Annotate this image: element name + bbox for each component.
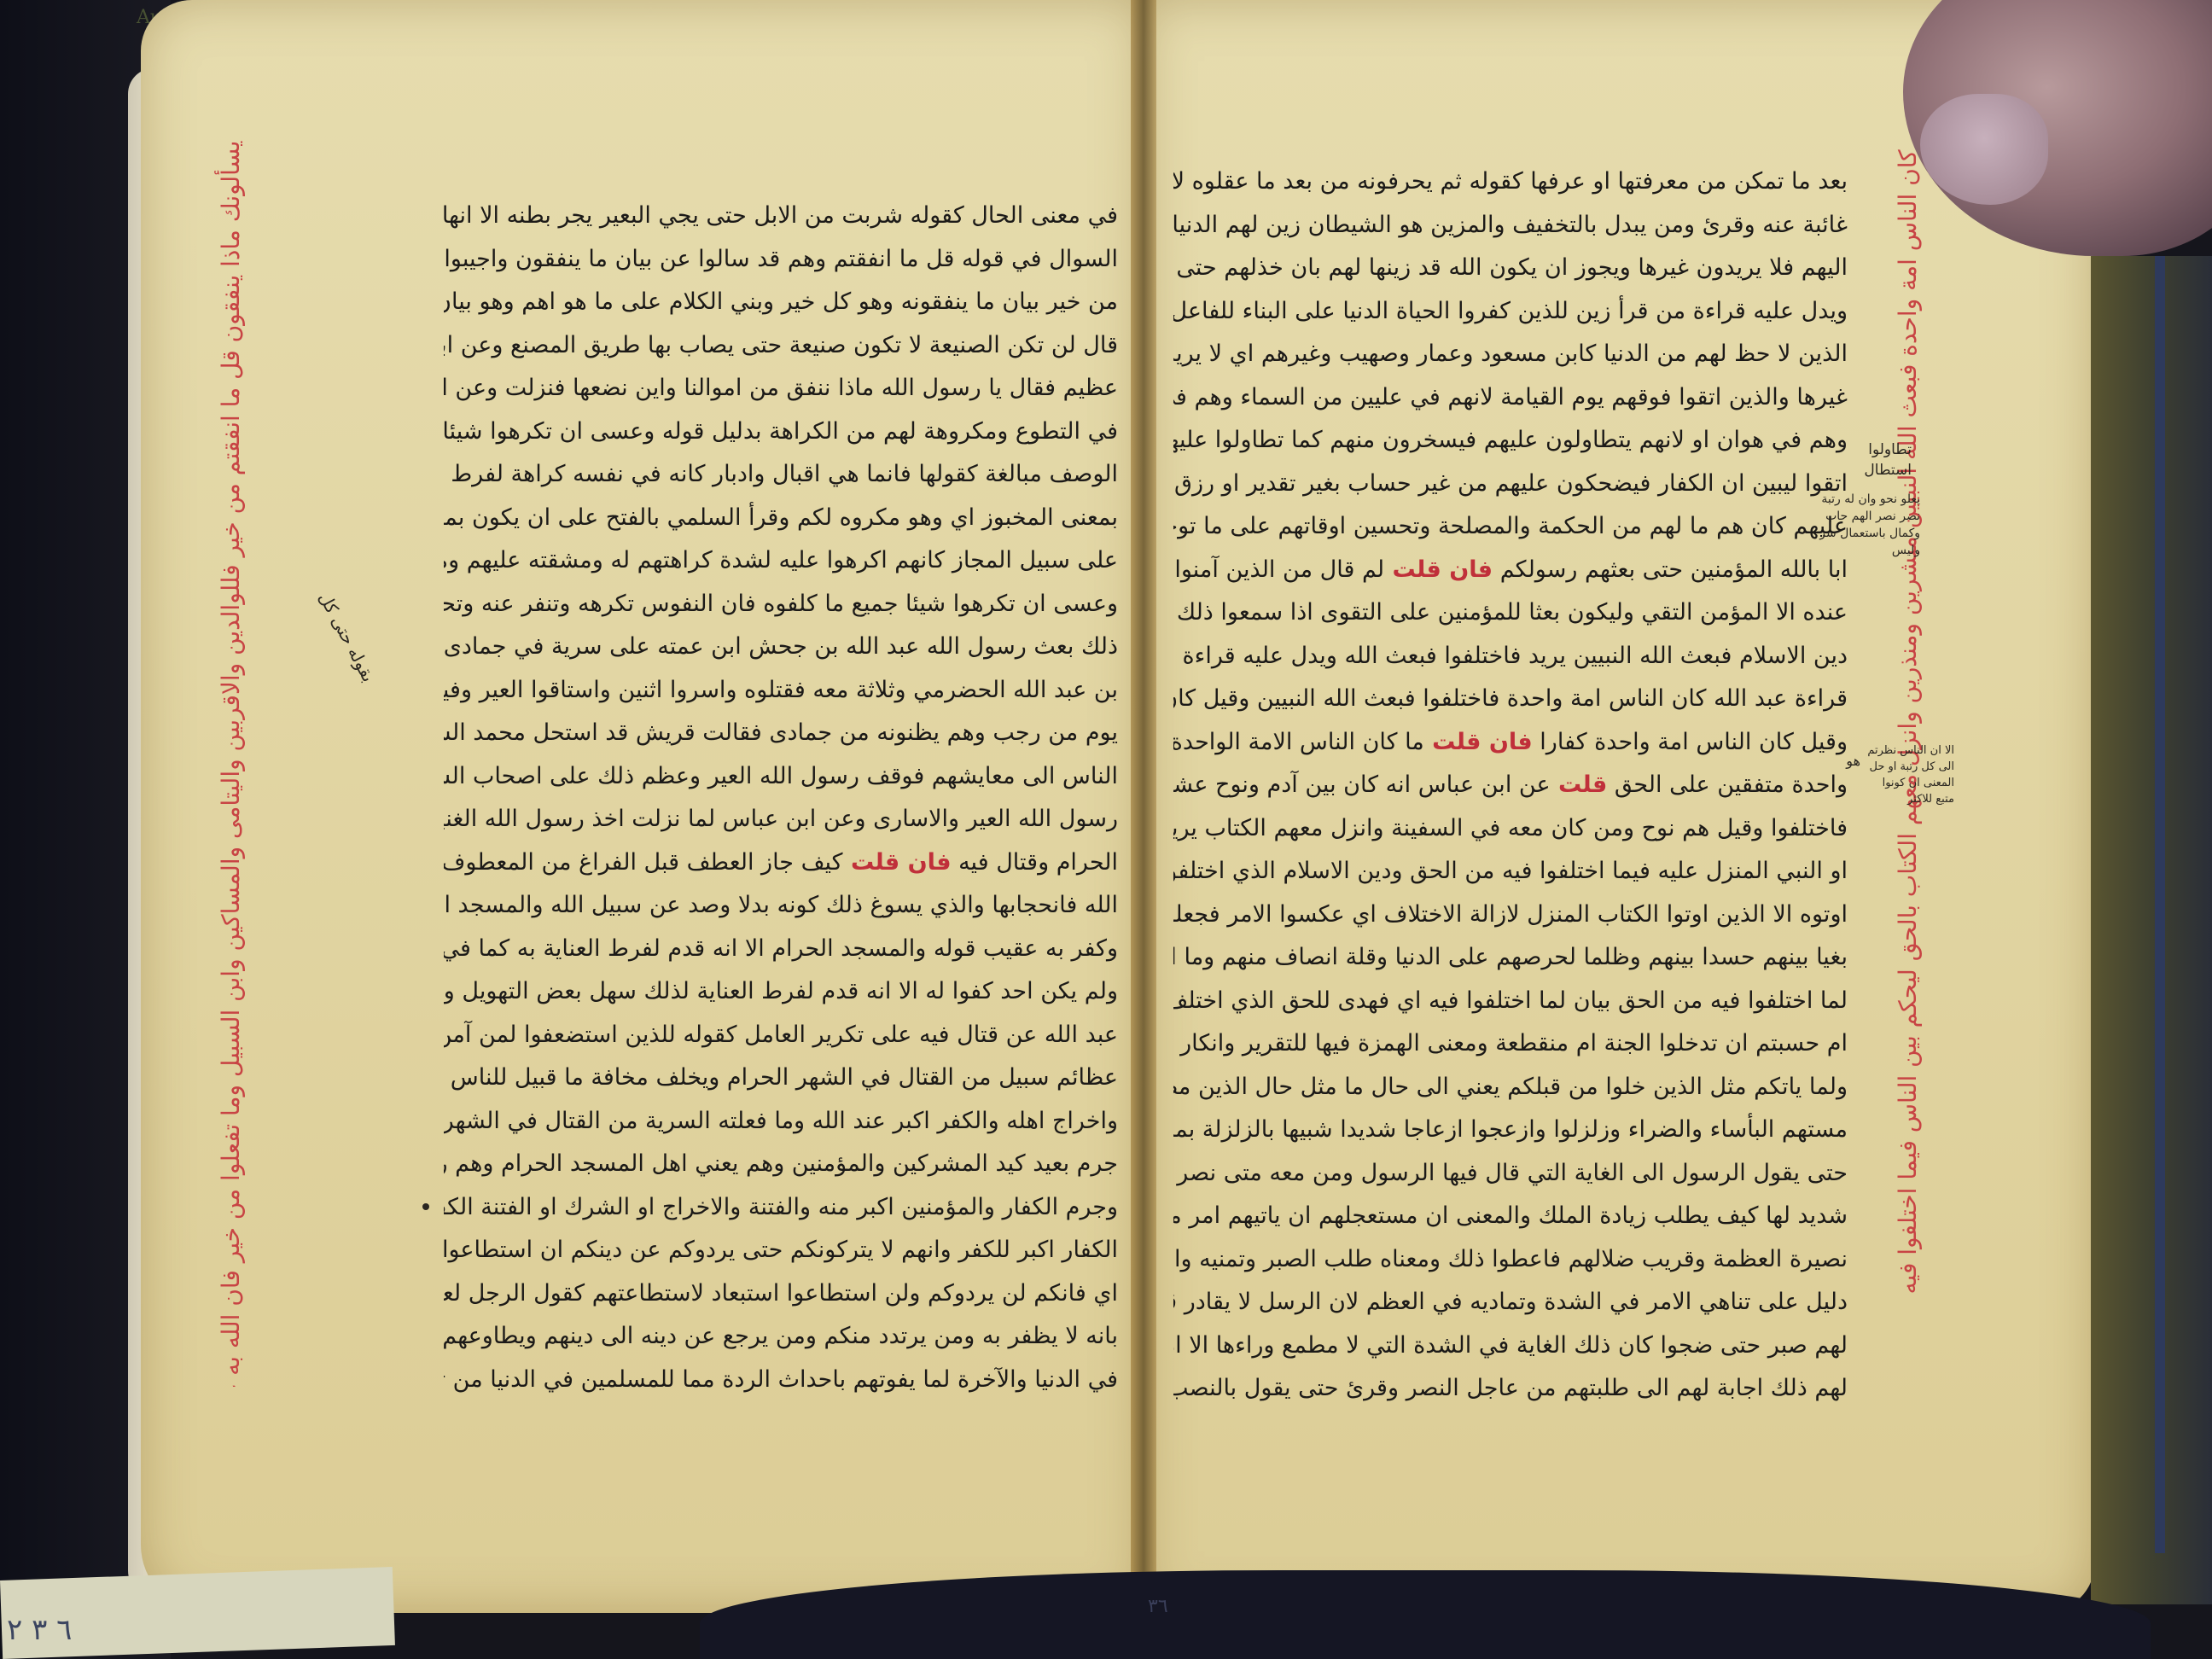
catalog-card-handwriting: ٦ ٣ ٢ xyxy=(7,1613,72,1647)
line-text: الله فانحجابها والذي يسوغ ذلك كونه بدلا … xyxy=(444,892,1118,918)
folio-number: ٣٦ xyxy=(1148,1596,1168,1617)
manuscript-line: اليهم فلا يريدون غيرها ويجوز ان يكون الل… xyxy=(1173,247,1848,290)
manuscript-line: بانه لا يظفر به ومن يرتدد منكم ومن يرجع … xyxy=(444,1315,1118,1359)
line-text: اي فانكم لن يردوكم ولن استطاعوا استبعاد … xyxy=(444,1280,1118,1307)
line-text: عن ابن عباس انه كان بين آدم ونوح عشرة قر… xyxy=(1173,771,1551,798)
line-text: بمعنى المخبوز اي وهو مكروه لكم وقرأ السل… xyxy=(444,504,1118,531)
line-text: لهم صبر حتى ضجوا كان ذلك الغاية في الشدة… xyxy=(1173,1332,1848,1359)
line-text: فاختلفوا وقيل هم نوح ومن كان معه في السف… xyxy=(1173,815,1848,841)
manuscript-line: دليل على تناهي الامر في الشدة وتماديه في… xyxy=(1173,1281,1848,1324)
book-gutter xyxy=(1131,0,1156,1613)
manuscript-line: من خير بيان ما ينفقونه وهو كل خير وبني ا… xyxy=(444,281,1118,324)
manuscript-line: عظيم فقال يا رسول الله ماذا ننفق من اموا… xyxy=(444,367,1118,410)
line-text: لما اختلفوا فيه من الحق بيان لما اختلفوا… xyxy=(1173,987,1848,1014)
right-margin-note-4: الا ان الناس نظرتم الى كل رتبة او حل الم… xyxy=(1860,742,1954,807)
rubric-heading: فان قلت xyxy=(1384,556,1493,583)
left-page-main-text: في معنى الحال كقوله شربت من الابل حتى يج… xyxy=(444,195,1118,1458)
manuscript-line: الكفار اكبر للكفر وانهم لا يتركونكم حتى … xyxy=(444,1229,1118,1272)
manuscript-line: اتقوا ليبين ان الكفار فيضحكون عليهم من غ… xyxy=(1173,463,1848,506)
manuscript-line: حتى يقول الرسول الى الغاية التي قال فيها… xyxy=(1173,1152,1848,1196)
rubric-heading: قلت xyxy=(1551,771,1608,798)
manuscript-line: عليهم كان هم ما لهم من الحكمة والمصلحة و… xyxy=(1173,505,1848,549)
line-text: عنده الا المؤمن التقي وليكون بعثا للمؤمن… xyxy=(1173,599,1848,626)
manuscript-line: في معنى الحال كقوله شربت من الابل حتى يج… xyxy=(444,195,1118,238)
line-text: ام حسبتم ان تدخلوا الجنة ام منقطعة ومعنى… xyxy=(1173,1030,1848,1057)
manuscript-line: ذلك بعث رسول الله عبد الله بن جحش ابن عم… xyxy=(444,626,1118,669)
line-text: وجرم الكفار والمؤمنين اكبر منه والفتنة و… xyxy=(444,1194,1118,1220)
manuscript-line: يوم من رجب وهم يظنونه من جمادى فقالت قري… xyxy=(444,712,1118,755)
line-text: ابا بالله المؤمنين حتى بعثهم رسولكم xyxy=(1493,556,1848,583)
manuscript-line: وجرم الكفار والمؤمنين اكبر منه والفتنة و… xyxy=(444,1186,1118,1230)
manuscript-line: وكفر به عقيب قوله والمسجد الحرام الا انه… xyxy=(444,928,1118,971)
manuscript-line: وقيل كان الناس امة واحدة كفارا فان قلت م… xyxy=(1173,721,1848,765)
manuscript-line: اي فانكم لن يردوكم ولن استطاعوا استبعاد … xyxy=(444,1272,1118,1316)
line-text: غائبة عنه وقرئ ومن يبدل بالتخفيف والمزين… xyxy=(1173,212,1848,238)
manuscript-line: شديد لها كيف يطلب زيادة الملك والمعنى ان… xyxy=(1173,1195,1848,1238)
manuscript-line: لهم ذلك اجابة لهم الى طلبتهم من عاجل الن… xyxy=(1173,1367,1848,1411)
right-margin-note-1: تطاولوا استطال xyxy=(1835,439,1912,480)
line-text: لهم ذلك اجابة لهم الى طلبتهم من عاجل الن… xyxy=(1173,1375,1848,1401)
right-margin-note-2: يعلو نحو وان له رتبة نصر نصر الهم حاب وك… xyxy=(1818,491,1920,559)
line-text: اوتوه الا الذين اوتوا الكتاب المنزل لازا… xyxy=(1173,901,1848,928)
line-text: قال لن تكن الصنيعة لا تكون صنيعة حتى يصا… xyxy=(444,332,1118,358)
line-text: ذلك بعث رسول الله عبد الله بن جحش ابن عم… xyxy=(444,633,1118,660)
manuscript-line: او النبي المنزل عليه فيما اختلفوا فيه من… xyxy=(1173,850,1848,894)
manuscript-line: جرم بعيد كيد المشركين والمؤمنين وهم يعني… xyxy=(444,1143,1118,1186)
line-text: بغيا بينهم حسدا بينهم وظلما لحرصهم على ا… xyxy=(1173,944,1848,970)
line-text: الذين لا حظ لهم من الدنيا كابن مسعود وعم… xyxy=(1173,341,1848,367)
manuscript-line: بعد ما تمكن من معرفتها او عرفها كقوله ثم… xyxy=(1173,160,1848,204)
line-text: الكفار اكبر للكفر وانهم لا يتركونكم حتى … xyxy=(444,1237,1118,1263)
line-text: لم قال من الذين آمنوا ثم قال والذين اتقو… xyxy=(1173,556,1384,583)
line-text: اتقوا ليبين ان الكفار فيضحكون عليهم من غ… xyxy=(1173,470,1848,497)
manuscript-line: نصيرة العظمة وقريب ضلالهم فاعطوا ذلك ومع… xyxy=(1173,1238,1848,1282)
manuscript-line: ام حسبتم ان تدخلوا الجنة ام منقطعة ومعنى… xyxy=(1173,1022,1848,1066)
line-text: وكفر به عقيب قوله والمسجد الحرام الا انه… xyxy=(444,935,1118,962)
line-text: شديد لها كيف يطلب زيادة الملك والمعنى ان… xyxy=(1173,1202,1848,1229)
line-text: ويدل عليه قراءة من قرأ زين للذين كفروا ا… xyxy=(1173,298,1848,324)
manuscript-line: ويدل عليه قراءة من قرأ زين للذين كفروا ا… xyxy=(1173,290,1848,334)
manuscript-line: مستهم البأساء والضراء وزلزلوا وازعجوا از… xyxy=(1173,1109,1848,1152)
manuscript-line: بمعنى المخبوز اي وهو مكروه لكم وقرأ السل… xyxy=(444,497,1118,540)
manuscript-line: الحرام وقتال فيه فان قلت كيف جاز العطف ق… xyxy=(444,841,1118,885)
line-text: كيف جاز العطف قبل الفراغ من المعطوف عليه… xyxy=(444,849,843,876)
right-margin-red-commentary: كان الناس امة واحدة فبعث الله النبيين مب… xyxy=(1890,149,2099,1293)
manuscript-line: لما اختلفوا فيه من الحق بيان لما اختلفوا… xyxy=(1173,980,1848,1023)
left-margin-red-commentary: يسألونك ماذا ينفقون قل ما انفقتم من خير … xyxy=(213,141,337,1387)
line-text: الوصف مبالغة كقولها فانما هي اقبال وادبا… xyxy=(444,461,1118,487)
manuscript-line: بن عبد الله الحضرمي وثلاثة معه فقتلوه وا… xyxy=(444,669,1118,713)
line-text: عليهم كان هم ما لهم من الحكمة والمصلحة و… xyxy=(1173,513,1848,539)
manuscript-line: الوصف مبالغة كقولها فانما هي اقبال وادبا… xyxy=(444,453,1118,497)
ink-dot xyxy=(422,1203,429,1210)
manuscript-line: ولم يكن احد كفوا له الا انه قدم لفرط الع… xyxy=(444,970,1118,1014)
line-text: بانه لا يظفر به ومن يرتدد منكم ومن يرجع … xyxy=(444,1323,1118,1349)
manuscript-line: الله فانحجابها والذي يسوغ ذلك كونه بدلا … xyxy=(444,884,1118,928)
line-text: وقيل كان الناس امة واحدة كفارا xyxy=(1533,729,1848,755)
line-text: يوم من رجب وهم يظنونه من جمادى فقالت قري… xyxy=(444,719,1118,746)
manuscript-line: غائبة عنه وقرئ ومن يبدل بالتخفيف والمزين… xyxy=(1173,204,1848,247)
line-text: بعد ما تمكن من معرفتها او عرفها كقوله ثم… xyxy=(1173,168,1848,195)
line-text: حتى يقول الرسول الى الغاية التي قال فيها… xyxy=(1173,1160,1848,1186)
line-text: السوال في قوله قل ما انفقتم وهم قد سالوا… xyxy=(444,246,1118,272)
line-text: عظائم سبيل من القتال في الشهر الحرام ويخ… xyxy=(444,1064,1118,1091)
cover-edge-stripe xyxy=(2155,256,2165,1553)
manuscript-line: ابا بالله المؤمنين حتى بعثهم رسولكم فان … xyxy=(1173,549,1848,592)
line-text: في التطوع ومكروهة لهم من الكراهة بدليل ق… xyxy=(444,418,1118,445)
background-bottom xyxy=(700,1570,2151,1659)
line-text: وعسى ان تكرهوا شيئا جميع ما كلفوه فان ال… xyxy=(444,591,1118,617)
line-text: دين الاسلام فبعث الله النبيين يريد فاختل… xyxy=(1173,643,1848,669)
line-text: بن عبد الله الحضرمي وثلاثة معه فقتلوه وا… xyxy=(444,677,1118,703)
line-text: نصيرة العظمة وقريب ضلالهم فاعطوا ذلك ومع… xyxy=(1173,1246,1848,1272)
manuscript-line: وعسى ان تكرهوا شيئا جميع ما كلفوه فان ال… xyxy=(444,583,1118,626)
line-text: ولما ياتكم مثل الذين خلوا من قبلكم يعني … xyxy=(1173,1074,1848,1100)
manuscript-line: ولما ياتكم مثل الذين خلوا من قبلكم يعني … xyxy=(1173,1066,1848,1109)
manuscript-line: دين الاسلام فبعث الله النبيين يريد فاختل… xyxy=(1173,635,1848,678)
line-text: ما كان الناس الامة الواحدة متفقين xyxy=(1173,729,1424,755)
line-text: او النبي المنزل عليه فيما اختلفوا فيه من… xyxy=(1173,858,1848,884)
line-text: غيرها والذين اتقوا فوقهم يوم القيامة لان… xyxy=(1173,384,1848,410)
line-text: مستهم البأساء والضراء وزلزلوا وازعجوا از… xyxy=(1173,1116,1848,1143)
line-text: الحرام وقتال فيه xyxy=(952,849,1119,876)
line-text: جرم بعيد كيد المشركين والمؤمنين وهم يعني… xyxy=(444,1150,1118,1177)
manuscript-line: وهم في هوان او لانهم يتطاولون عليهم فيسخ… xyxy=(1173,419,1848,463)
manuscript-line: على سبيل المجاز كانهم اكرهوا عليه لشدة ك… xyxy=(444,539,1118,583)
rubric-heading: فان قلت xyxy=(1424,729,1533,755)
line-text: من خير بيان ما ينفقونه وهو كل خير وبني ا… xyxy=(444,288,1118,315)
line-text: عبد الله عن قتال فيه على تكرير العامل كق… xyxy=(444,1022,1118,1048)
line-text: في الدنيا والآخرة لما يفوتهم باحداث الرد… xyxy=(444,1366,1118,1393)
right-margin-note-3: هو xyxy=(1818,751,1860,771)
manuscript-line: الناس الى معايشهم فوقف رسول الله العير و… xyxy=(444,755,1118,799)
manuscript-line: لهم صبر حتى ضجوا كان ذلك الغاية في الشدة… xyxy=(1173,1324,1848,1368)
manuscript-line: اوتوه الا الذين اوتوا الكتاب المنزل لازا… xyxy=(1173,894,1848,937)
line-text: واحدة متفقين على الحق xyxy=(1607,771,1848,798)
manuscript-line: في الدنيا والآخرة لما يفوتهم باحداث الرد… xyxy=(444,1359,1118,1402)
line-text: وهم في هوان او لانهم يتطاولون عليهم فيسخ… xyxy=(1173,427,1848,453)
line-text: اليهم فلا يريدون غيرها ويجوز ان يكون الل… xyxy=(1173,254,1848,281)
book-cover-right xyxy=(2091,256,2212,1604)
line-text: عظيم فقال يا رسول الله ماذا ننفق من اموا… xyxy=(444,375,1118,401)
line-text: على سبيل المجاز كانهم اكرهوا عليه لشدة ك… xyxy=(444,547,1118,573)
manuscript-line: قال لن تكن الصنيعة لا تكون صنيعة حتى يصا… xyxy=(444,324,1118,368)
line-text: واخراج اهله والكفر اكبر عند الله وما فعل… xyxy=(444,1108,1118,1134)
rubric-heading: فان قلت xyxy=(843,849,952,876)
manuscript-line: رسول الله العير والاسارى وعن ابن عباس لم… xyxy=(444,798,1118,841)
manuscript-line: عبد الله عن قتال فيه على تكرير العامل كق… xyxy=(444,1014,1118,1057)
manuscript-line: بغيا بينهم حسدا بينهم وظلما لحرصهم على ا… xyxy=(1173,936,1848,980)
right-page-main-text: بعد ما تمكن من معرفتها او عرفها كقوله ثم… xyxy=(1173,160,1848,1475)
manuscript-line: عظائم سبيل من القتال في الشهر الحرام ويخ… xyxy=(444,1057,1118,1100)
manuscript-line: عنده الا المؤمن التقي وليكون بعثا للمؤمن… xyxy=(1173,591,1848,635)
manuscript-line: السوال في قوله قل ما انفقتم وهم قد سالوا… xyxy=(444,238,1118,282)
line-text: في معنى الحال كقوله شربت من الابل حتى يج… xyxy=(444,202,1118,229)
manuscript-line: قراءة عبد الله كان الناس امة واحدة فاختل… xyxy=(1173,678,1848,721)
manuscript-line: واخراج اهله والكفر اكبر عند الله وما فعل… xyxy=(444,1100,1118,1144)
manuscript-line: في التطوع ومكروهة لهم من الكراهة بدليل ق… xyxy=(444,410,1118,454)
manuscript-line: غيرها والذين اتقوا فوقهم يوم القيامة لان… xyxy=(1173,376,1848,420)
line-text: قراءة عبد الله كان الناس امة واحدة فاختل… xyxy=(1173,685,1848,712)
manuscript-line: واحدة متفقين على الحق قلت عن ابن عباس ان… xyxy=(1173,764,1848,807)
line-text: دليل على تناهي الامر في الشدة وتماديه في… xyxy=(1173,1289,1848,1315)
line-text: الناس الى معايشهم فوقف رسول الله العير و… xyxy=(444,763,1118,789)
manuscript-line: الذين لا حظ لهم من الدنيا كابن مسعود وعم… xyxy=(1173,333,1848,376)
line-text: رسول الله العير والاسارى وعن ابن عباس لم… xyxy=(444,806,1118,832)
line-text: ولم يكن احد كفوا له الا انه قدم لفرط الع… xyxy=(444,978,1118,1004)
manuscript-line: فاختلفوا وقيل هم نوح ومن كان معه في السف… xyxy=(1173,807,1848,851)
